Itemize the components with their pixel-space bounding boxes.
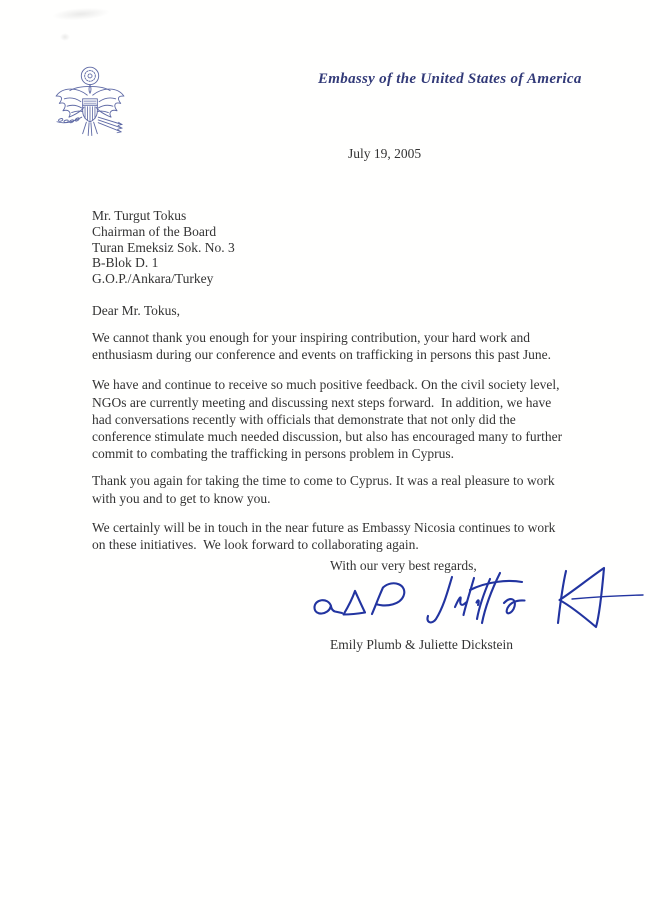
scan-artifact xyxy=(52,6,111,22)
signers-typed-names: Emily Plumb & Juliette Dickstein xyxy=(330,637,513,653)
recipient-name: Mr. Turgut Tokus xyxy=(92,208,235,224)
paragraph-1: We cannot thank you enough for your insp… xyxy=(92,329,570,363)
scanned-letter-page: Embassy of the United States of America … xyxy=(0,0,650,920)
letter-date: July 19, 2005 xyxy=(348,146,421,162)
recipient-city-country: G.O.P./Ankara/Turkey xyxy=(92,271,235,287)
letter-body: We cannot thank you enough for your insp… xyxy=(92,329,570,566)
handwritten-signature xyxy=(303,566,645,634)
recipient-street: Turan Emeksiz Sok. No. 3 xyxy=(92,240,235,256)
us-great-seal-icon xyxy=(44,64,136,152)
letterhead-title: Embassy of the United States of America xyxy=(318,71,618,88)
paragraph-3: Thank you again for taking the time to c… xyxy=(92,472,570,506)
scan-artifact xyxy=(60,33,70,41)
recipient-address-block: Mr. Turgut Tokus Chairman of the Board T… xyxy=(92,208,235,287)
recipient-block: B-Blok D. 1 xyxy=(92,255,235,271)
recipient-title: Chairman of the Board xyxy=(92,224,235,240)
paragraph-2: We have and continue to receive so much … xyxy=(92,376,570,462)
paragraph-4: We certainly will be in touch in the nea… xyxy=(92,519,570,553)
salutation: Dear Mr. Tokus, xyxy=(92,303,180,319)
